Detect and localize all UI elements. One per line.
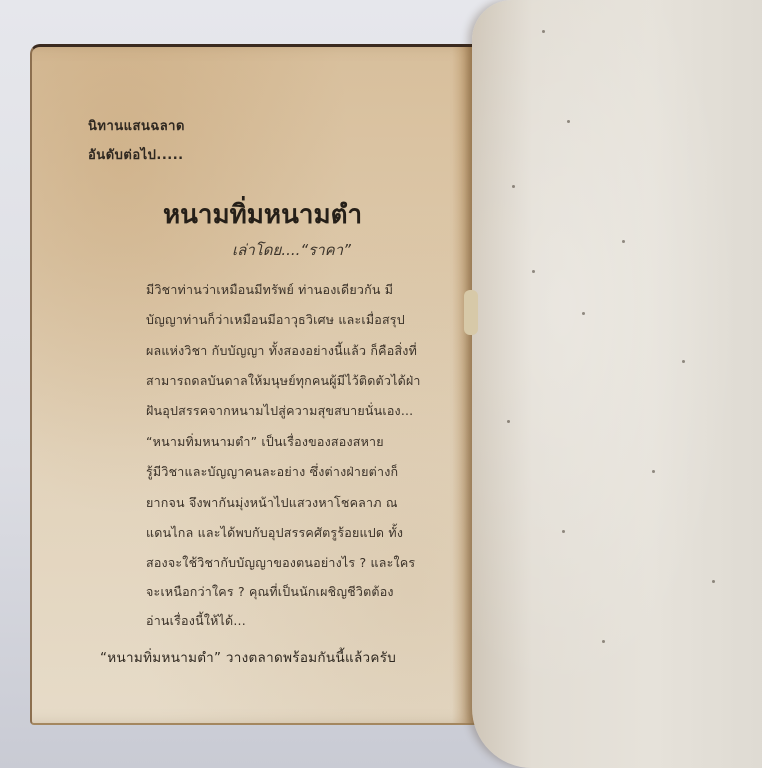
body-line: มีวิชาท่านว่าเหมือนมีทรัพย์ ท่านองเดียวก…: [146, 280, 393, 300]
paper-speck: [512, 185, 515, 188]
story-title: หนามทิ่มหนามตำ: [163, 194, 362, 235]
paper-speck: [602, 640, 605, 643]
paper-speck: [507, 420, 510, 423]
paper-speck: [682, 360, 685, 363]
story-byline: เล่าโดย....“ราคา”: [232, 238, 351, 262]
body-line: บัญญาท่านก็ว่าเหมือนมีอาวุธวิเศษ และเมื่…: [146, 310, 405, 330]
body-line: รู้มีวิชาและบัญญาคนละอย่าง ซึ่งต่างฝ่ายต…: [146, 462, 398, 482]
page-tear: [464, 290, 478, 335]
next-story-label: อันดับต่อไป.....: [88, 144, 184, 165]
closing-announcement: “หนามทิ่มหนามตำ” วางตลาดพร้อมกันนี้แล้วค…: [100, 646, 396, 668]
body-line: ฝันอุปสรรคจากหนามไปสู่ความสุขสบายนั่นเอง…: [146, 401, 413, 421]
paper-speck: [652, 470, 655, 473]
paper-speck: [567, 120, 570, 123]
next-story-series: นิทานแสนฉลาด: [88, 115, 185, 136]
body-line: ผลแห่งวิชา กับบัญญา ทั้งสองอย่างนี้แล้ว …: [146, 341, 417, 361]
paper-speck: [582, 312, 585, 315]
body-line: อ่านเรื่องนี้ให้ได้...: [146, 611, 246, 631]
paper-speck: [622, 240, 625, 243]
body-line: “หนามทิ่มหนามตำ” เป็นเรื่องของสองสหาย: [146, 432, 384, 452]
body-line: จะเหนือกว่าใคร ? คุณที่เป็นนักเผชิญชีวิต…: [146, 582, 394, 602]
body-line: สามารถดลบันดาลให้มนุษย์ทุกคนผู้มีไว้ติดต…: [146, 371, 421, 391]
paper-speck: [562, 530, 565, 533]
right-page-curl: [472, 0, 762, 768]
book-photo: นิทานแสนฉลาด อันดับต่อไป..... หนามทิ่มหน…: [0, 0, 762, 768]
paper-speck: [532, 270, 535, 273]
body-line: ยากจน จึงพากันมุ่งหน้าไปแสวงหาโชคลาภ ณ: [146, 493, 398, 513]
paper-speck: [712, 580, 715, 583]
paper-speck: [542, 30, 545, 33]
body-line: แดนไกล และได้พบกับอุปสรรคศัตรูร้อยแปด ทั…: [146, 523, 403, 543]
body-line: สองจะใช้วิชากับบัญญาของตนอย่างไร ? และใค…: [146, 553, 415, 573]
